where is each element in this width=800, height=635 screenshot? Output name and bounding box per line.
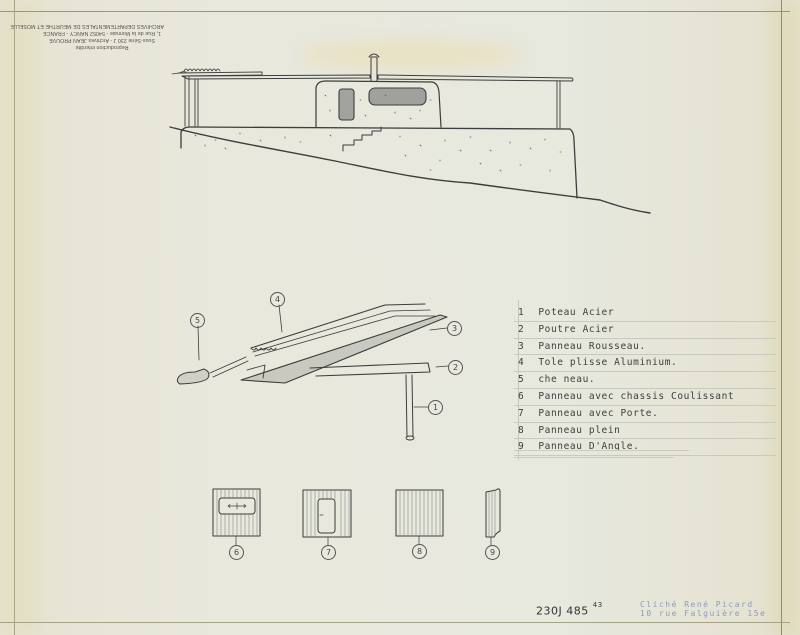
legend-item: 6 Panneau avec chassis Coulissant (514, 389, 776, 406)
callout-8: 8 (412, 544, 427, 559)
legend-label: Tole plisse Aluminium. (538, 357, 677, 368)
credit-line-1: Cliché René Picard (640, 600, 790, 609)
photo-credit: Cliché René Picard 10 rue Falguière 15e (640, 600, 790, 618)
legend-number: 9 (514, 439, 532, 454)
callout-7: 7 (321, 545, 336, 560)
legend-item: 5 che neau. (514, 372, 776, 389)
legend-ruled-line (514, 457, 674, 458)
legend-item: 8 Panneau plein (514, 423, 776, 440)
catalog-number-text: 230J 485 (536, 605, 589, 618)
legend-ruled-line (514, 450, 689, 451)
legend-number: 4 (514, 355, 532, 370)
legend-label: Panneau avec chassis Coulissant (538, 391, 734, 402)
legend-item: 3 Panneau Rousseau. (514, 339, 776, 356)
catalog-number: 230J 48543 (536, 604, 603, 618)
legend-list: 1 Poteau Acier 2 Poutre Acier 3 Panneau … (514, 305, 776, 456)
callout-2: 2 (448, 360, 463, 375)
legend-number: 2 (514, 322, 532, 337)
catalog-sheet-number: 43 (593, 601, 603, 609)
callout-5: 5 (190, 313, 205, 328)
callout-9: 9 (485, 545, 500, 560)
panel-types (213, 489, 500, 545)
legend-label: Poutre Acier (538, 324, 614, 335)
legend-label: Poteau Acier (538, 307, 614, 318)
exploded-roof-detail (177, 304, 448, 440)
legend-item: 1 Poteau Acier (514, 305, 776, 322)
legend-label: che neau. (538, 374, 595, 385)
legend-item: 7 Panneau avec Porte. (514, 406, 776, 423)
callout-3: 3 (447, 321, 462, 336)
legend-item: 2 Poutre Acier (514, 322, 776, 339)
legend-label: Panneau Rousseau. (538, 341, 645, 352)
callout-4: 4 (270, 292, 285, 307)
legend-item: 9 Panneau D'Angle. (514, 439, 776, 456)
legend-item: 4 Tole plisse Aluminium. (514, 355, 776, 372)
credit-line-2: 10 rue Falguière 15e (640, 609, 790, 618)
legend-number: 5 (514, 372, 532, 387)
legend-label: Panneau avec Porte. (538, 408, 658, 419)
legend-number: 7 (514, 406, 532, 421)
house-elevation (170, 54, 650, 213)
legend-number: 6 (514, 389, 532, 404)
legend-number: 1 (514, 305, 532, 320)
legend-number: 3 (514, 339, 532, 354)
callout-6: 6 (229, 545, 244, 560)
legend-number: 8 (514, 423, 532, 438)
legend-label: Panneau plein (538, 425, 620, 436)
callout-1: 1 (428, 400, 443, 415)
